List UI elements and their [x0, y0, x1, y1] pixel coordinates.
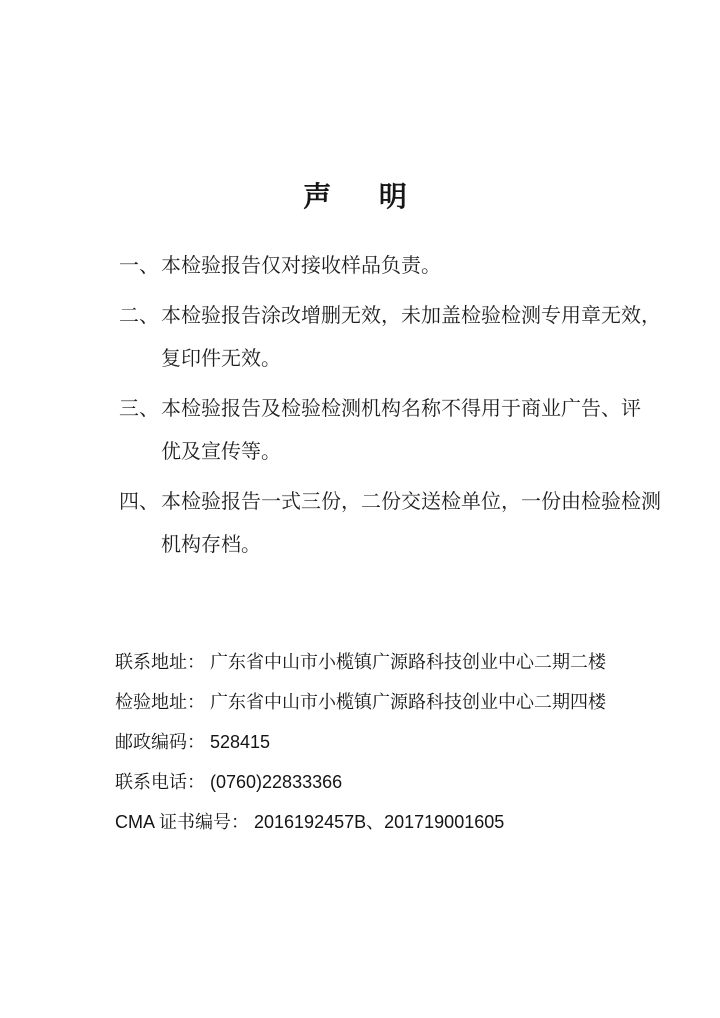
- item-3-number: 三、: [119, 388, 161, 474]
- statement-item-1: 一、 本检验报告仅对接收样品负责。: [119, 245, 619, 288]
- item-1-number: 一、: [119, 245, 161, 288]
- statement-item-2: 二、 本检验报告涂改增删无效，未加盖检验检测专用章无效， 复印件无效。: [119, 295, 619, 381]
- item-2-number: 二、: [119, 295, 161, 381]
- item-3-text: 本检验报告及检验检测机构名称不得用于商业广告、评 优及宣传等。: [161, 388, 619, 474]
- item-4-text: 本检验报告一式三份，二份交送检单位，一份由检验检测 机构存档。: [161, 481, 619, 567]
- inspection-address: 检验地址： 广东省中山市小榄镇广源路科技创业中心二期四楼: [115, 682, 606, 722]
- contact-phone: 联系电话： (0760)22833366: [115, 762, 606, 802]
- item-2-line-1: 本检验报告涂改增删无效，未加盖检验检测专用章无效，: [161, 295, 619, 338]
- item-2-text: 本检验报告涂改增删无效，未加盖检验检测专用章无效， 复印件无效。: [161, 295, 619, 381]
- page-title: 声 明: [0, 178, 720, 218]
- statement-page: 声 明 一、 本检验报告仅对接收样品负责。 二、 本检验报告涂改增删无效，未加盖…: [0, 0, 720, 1018]
- item-1-text: 本检验报告仅对接收样品负责。: [161, 245, 619, 288]
- item-1-line-1: 本检验报告仅对接收样品负责。: [161, 245, 619, 288]
- contact-block: 联系地址： 广东省中山市小榄镇广源路科技创业中心二期二楼 检验地址： 广东省中山…: [115, 642, 606, 842]
- item-3-line-2: 优及宣传等。: [161, 431, 619, 474]
- postal-code: 邮政编码： 528415: [115, 722, 606, 762]
- item-4-number: 四、: [119, 481, 161, 567]
- item-2-line-2: 复印件无效。: [161, 338, 619, 381]
- item-3-line-1: 本检验报告及检验检测机构名称不得用于商业广告、评: [161, 388, 619, 431]
- statement-item-4: 四、 本检验报告一式三份，二份交送检单位，一份由检验检测 机构存档。: [119, 481, 619, 567]
- item-4-line-1: 本检验报告一式三份，二份交送检单位，一份由检验检测: [161, 481, 619, 524]
- item-4-line-2: 机构存档。: [161, 524, 619, 567]
- statement-item-3: 三、 本检验报告及检验检测机构名称不得用于商业广告、评 优及宣传等。: [119, 388, 619, 474]
- statement-list: 一、 本检验报告仅对接收样品负责。 二、 本检验报告涂改增删无效，未加盖检验检测…: [119, 245, 619, 574]
- contact-address: 联系地址： 广东省中山市小榄镇广源路科技创业中心二期二楼: [115, 642, 606, 682]
- cma-certificate-number: CMA 证书编号： 2016192457B、201719001605: [115, 802, 606, 842]
